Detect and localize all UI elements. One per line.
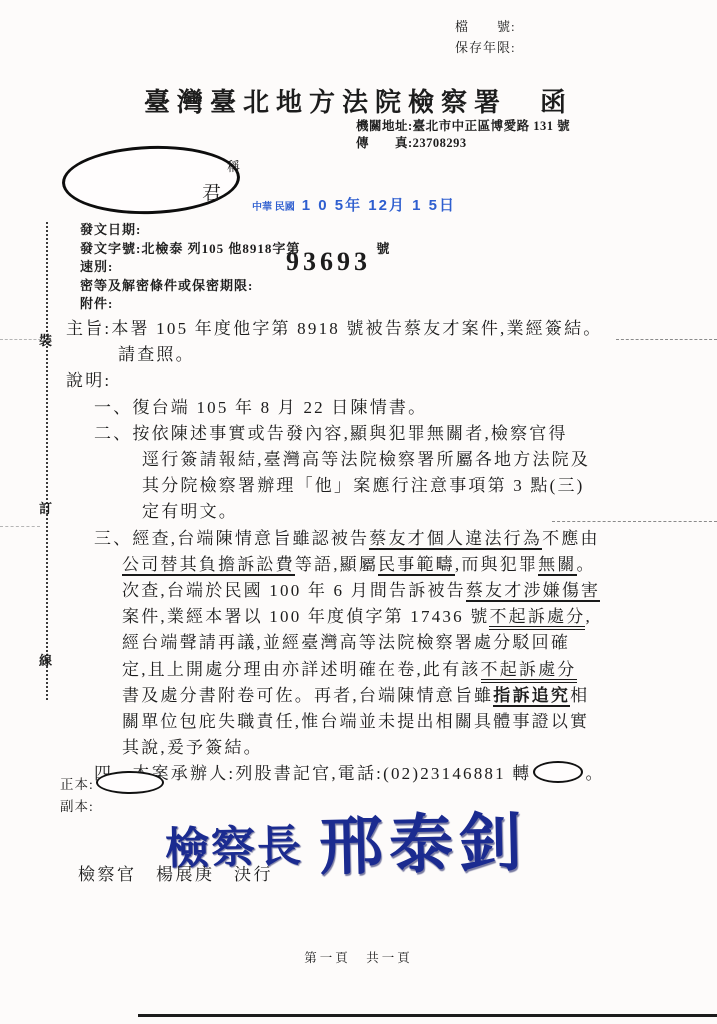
item-3-line-6: 定,且上開處分理由亦詳述明確在卷,此有該不起訴處分 [122, 657, 670, 683]
item-2-line-3: 其分院檢察署辦理「他」案應行注意事項第 3 點(三) [142, 473, 670, 499]
item-2-line-2: 逕行簽請報結,臺灣高等法院檢察署所屬各地方法院及 [142, 447, 670, 473]
scan-artifact-dash-4 [0, 526, 40, 527]
scan-edge-line [138, 1014, 717, 1017]
item-2-line-1: 二、按依陳述事實或告發內容,顯與犯罪無關者,檢察官得 [94, 421, 670, 447]
original-copy-label: 正本: [60, 777, 94, 792]
letter-body: 主旨:本署 105 年度他字第 8918 號被告蔡友才案件,業經簽結。 請查照。… [66, 316, 670, 788]
prosecutor-approval-line: 檢察官 楊展庚 決行 [78, 860, 273, 885]
agency-fax: 傳 真:23708293 [356, 135, 570, 152]
item-3-line-2: 公司替其負擔訴訟費等語,顯屬民事範疇,而與犯罪無關。 [122, 552, 670, 578]
item-3-line-7: 書及處分書附卷可佐。再者,台端陳情意旨雖指訴追究相 [122, 683, 670, 709]
subject-line: 主旨:本署 105 年度他字第 8918 號被告蔡友才案件,業經簽結。 [66, 316, 670, 342]
document-title: 臺灣臺北地方法院檢察署 函 [0, 82, 717, 119]
item-3-line-5: 經台端聲請再議,並經臺灣高等法院檢察署處分駁回確 [122, 630, 670, 656]
archive-header: 檔 號: 保存年限: [455, 16, 516, 58]
item-3-line-3: 次查,台端於民國 100 年 6 月間告訴被告蔡友才涉嫌傷害 [122, 578, 670, 604]
doc-number-suffix: 號 [376, 241, 390, 256]
phone-extension-redaction-oval [533, 761, 583, 783]
scan-artifact-dash-1 [616, 339, 717, 340]
scan-artifact-dash-2 [552, 521, 717, 522]
issue-date-label: 發文日期: [80, 221, 390, 240]
item-4-contact-line: 四、本案承辦人:列股書記官,電話:(02)23146881 轉。 [94, 761, 670, 787]
date-stamp-era-label: 中華 民國 [252, 202, 295, 213]
subject-continuation: 請查照。 [118, 342, 670, 368]
copies-block: 正本: 副本: [60, 771, 164, 818]
serial-number-stamp: 93693 [286, 247, 371, 277]
recipient-name-fragment: 君 [202, 178, 221, 205]
file-number-label: 檔 號: [455, 16, 516, 37]
recipient-fragment: 稱 [227, 156, 240, 175]
retention-period-label: 保存年限: [455, 37, 516, 58]
binding-mark-xian: 線 [39, 650, 52, 669]
binding-dotted-line [46, 222, 48, 700]
scanned-official-letter: 檔 號: 保存年限: 臺灣臺北地方法院檢察署 函 機關地址:臺北市中正區博愛路 … [0, 0, 717, 1024]
attachment-label: 附件: [80, 295, 390, 314]
agency-address: 機關地址:臺北市中正區博愛路 131 號 [356, 118, 570, 135]
contact-text-end: 。 [585, 764, 604, 783]
item-3-line-9: 其說,爰予簽結。 [122, 735, 670, 761]
original-copy-line: 正本: [60, 771, 164, 796]
original-copy-redaction-oval [96, 771, 164, 794]
item-3-line-4: 案件,業經本署以 100 年度偵字第 17436 號不起訴處分, [122, 604, 670, 630]
doc-number-label: 發文字號:北檢泰 列105 他8918字第 [80, 241, 300, 256]
carbon-copy-label: 副本: [60, 796, 164, 818]
item-3-line-8: 關單位包庇失職責任,惟台端並未提出相關具體事證以實 [122, 709, 670, 735]
item-1: 一、復台端 105 年 8 月 22 日陳情書。 [94, 395, 670, 421]
scan-artifact-dash-3 [0, 339, 46, 340]
page-footer: 第一頁 共一頁 [0, 948, 717, 966]
received-date-stamp: 中華 民國1 0 5年 12月 1 5日 [252, 194, 456, 215]
stamp-name: 邢泰釗 [318, 791, 530, 887]
binding-mark-ding: 訂 [39, 498, 52, 517]
agency-info: 機關地址:臺北市中正區博愛路 131 號 傳 真:23708293 [356, 118, 570, 152]
secrecy-label: 密等及解密條件或保密期限: [80, 277, 390, 296]
date-stamp-date: 1 0 5年 12月 1 5日 [302, 197, 456, 214]
explanation-label: 說明: [66, 368, 670, 394]
item-3-line-1: 三、經查,台端陳情意旨雖認被告蔡友才個人違法行為不應由 [94, 526, 670, 552]
